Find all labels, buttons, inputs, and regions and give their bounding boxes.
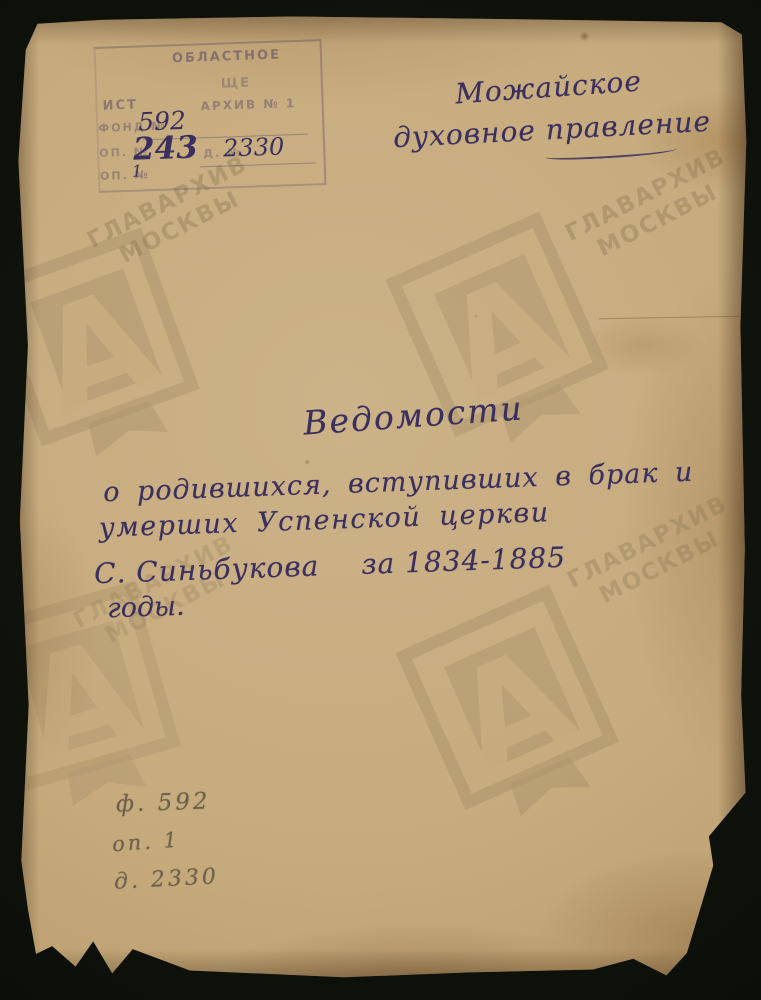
stamp-header-line-3: АРХИВ № 1 [200,96,296,113]
archive-stamp: ОБЛАСТНОЕ ЩЕ ИСТ АРХИВ № 1 ФОНД № 592 ОП… [94,39,327,193]
watermark-line-2: МОСКВЫ [576,515,745,619]
heading-line-1: Можайское [454,65,643,111]
pencil-note-opis: оп. 1 [111,828,180,857]
photo-background: ГЛАВАРХИВ МОСКВЫ ГЛАВАРХИВ МОСКВЫ ГЛАВАР… [0,0,761,1000]
archive-logo-icon: А [0,214,225,490]
pencil-note-fond: ф. 592 [116,788,211,817]
stamp-extra-value: 1 [132,161,143,180]
stamp-header-line-3: ИСТ [102,98,138,114]
stamp-delo-value: 2330 [223,132,285,162]
pencil-note-delo: д. 2330 [113,864,219,894]
subtitle-line-4: годы. [106,591,185,625]
stamp-header-line-2: ЩЕ [221,76,252,92]
subtitle-line-3-years: за 1834-1885 [361,541,567,581]
archive-logo-icon: А [381,571,646,854]
logo-letter: А [16,255,176,449]
logo-letter: А [429,613,597,810]
watermark-line-1: ГЛАВАРХИВ [563,490,732,594]
stamp-rule [200,162,316,167]
watermark-line-2: МОСКВЫ [574,168,743,272]
underline-flourish [545,145,677,162]
stamp-opis-value: 243 [133,129,199,167]
watermark-text: ГЛАВАРХИВ МОСКВЫ [561,143,742,272]
paper-crease [599,316,739,319]
logo-letter: А [5,607,157,797]
document-title: Ведомости [302,388,525,442]
stamp-header-line-1: ОБЛАСТНОЕ [172,47,282,66]
document-page: ГЛАВАРХИВ МОСКВЫ ГЛАВАРХИВ МОСКВЫ ГЛАВАР… [14,15,747,987]
archive-logo-icon: А [371,198,636,481]
stamp-extra-label: ОП. № [100,168,150,183]
subtitle-line-3: С. Синьбуковаза 1834-1885 [94,541,567,590]
subtitle-line-1: о родившихся, вступивших в брак и [103,457,694,509]
subtitle-line-3-village: С. Синьбукова [94,549,320,590]
watermark-text: ГЛАВАРХИВ МОСКВЫ [563,490,744,619]
